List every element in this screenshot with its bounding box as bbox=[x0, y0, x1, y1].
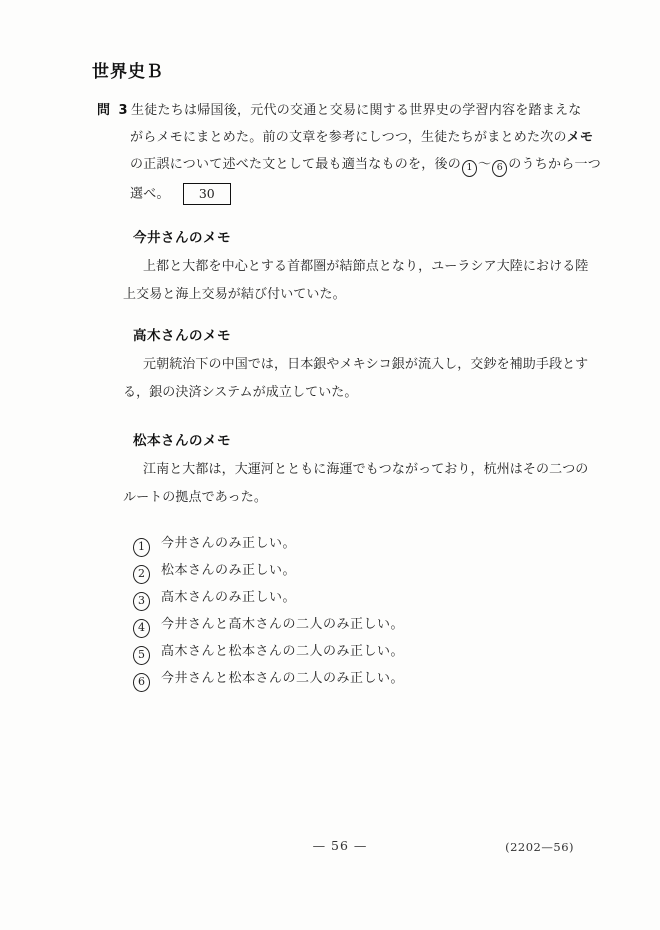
memo-section-imai: 今井さんのメモ 上都と大都を中心とする首都圏が結節点となり，ユーラシア大陸におけ… bbox=[123, 230, 593, 313]
exam-page: 世界史Ｂ 問 3生徒たちは帰国後，元代の交通と交易に関する世界史の学習内容を踏ま… bbox=[0, 0, 660, 930]
memo-body-line: 元朝統治下の中国では，日本銀やメキシコ銀が流入し，交鈔を補助手段とす bbox=[123, 356, 593, 373]
question-line-1: 問 3生徒たちは帰国後，元代の交通と交易に関する世界史の学習内容を踏まえな bbox=[97, 102, 582, 119]
memo-body-line: 上都と大都を中心とする首都圏が結節点となり，ユーラシア大陸における陸 bbox=[123, 258, 593, 275]
question-text: のうちから一つ bbox=[508, 157, 601, 172]
memo-body-line: 上交易と海上交易が結び付いていた。 bbox=[123, 286, 593, 303]
memo-section-takagi: 高木さんのメモ 元朝統治下の中国では，日本銀やメキシコ銀が流入し，交鈔を補助手段… bbox=[123, 328, 593, 411]
option-label: 高木さんのみ正しい。 bbox=[161, 590, 296, 605]
option-number-icon: 2 bbox=[133, 565, 150, 584]
option-number-icon: 6 bbox=[133, 673, 150, 692]
option-number-icon: 1 bbox=[133, 538, 150, 557]
question-text: がらメモにまとめた。前の文章を参考にしつつ，生徒たちがまとめた次の bbox=[130, 130, 567, 145]
question-line-3: の正誤について述べた文として最も適当なものを，後の1～6のうちから一つ bbox=[130, 156, 601, 177]
option-row-4: 4今井さんと高木さんの二人のみ正しい。 bbox=[133, 616, 404, 638]
question-text: 選べ。 bbox=[130, 187, 170, 202]
memo-title: 高木さんのメモ bbox=[133, 328, 593, 345]
option-label: 高木さんと松本さんの二人のみ正しい。 bbox=[161, 644, 404, 659]
option-label: 今井さんと高木さんの二人のみ正しい。 bbox=[161, 617, 404, 632]
option-row-6: 6今井さんと松本さんの二人のみ正しい。 bbox=[133, 670, 404, 692]
memo-section-matsumoto: 松本さんのメモ 江南と大都は，大運河とともに海運でもつながっており，杭州はその二… bbox=[123, 433, 593, 516]
option-number-icon: 3 bbox=[133, 592, 150, 611]
option-label: 今井さんのみ正しい。 bbox=[161, 536, 296, 551]
option-row-5: 5高木さんと松本さんの二人のみ正しい。 bbox=[133, 643, 404, 665]
question-line-2: がらメモにまとめた。前の文章を参考にしつつ，生徒たちがまとめた次のメモ bbox=[130, 129, 593, 146]
memo-title: 松本さんのメモ bbox=[133, 433, 593, 450]
page-title: 世界史Ｂ bbox=[92, 57, 164, 82]
option-number-icon: 4 bbox=[133, 619, 150, 638]
circled-number-1-icon: 1 bbox=[462, 160, 477, 177]
memo-body-line: ルートの拠点であった。 bbox=[123, 489, 593, 506]
option-row-1: 1今井さんのみ正しい。 bbox=[133, 535, 296, 557]
option-row-2: 2松本さんのみ正しい。 bbox=[133, 562, 296, 584]
circled-number-6-icon: 6 bbox=[492, 160, 507, 177]
option-number-icon: 5 bbox=[133, 646, 150, 665]
emphasized-word: メモ bbox=[567, 130, 594, 145]
memo-body-line: る，銀の決済システムが成立していた。 bbox=[123, 384, 593, 401]
question-line-4: 選べ。30 bbox=[130, 183, 231, 205]
memo-title: 今井さんのメモ bbox=[133, 230, 593, 247]
question-text: の正誤について述べた文として最も適当なものを，後の bbox=[130, 157, 461, 172]
memo-body-line: 江南と大都は，大運河とともに海運でもつながっており，杭州はその二つの bbox=[123, 461, 593, 478]
question-text: 生徒たちは帰国後，元代の交通と交易に関する世界史の学習内容を踏まえな bbox=[131, 103, 582, 118]
option-row-3: 3高木さんのみ正しい。 bbox=[133, 589, 296, 611]
option-label: 松本さんのみ正しい。 bbox=[161, 563, 296, 578]
document-code: (2202—56) bbox=[505, 840, 574, 854]
answer-number-box: 30 bbox=[183, 183, 231, 205]
range-tilde: ～ bbox=[478, 157, 491, 172]
question-label: 問 3 bbox=[97, 102, 131, 119]
page-number: — 56 — bbox=[313, 838, 368, 853]
option-label: 今井さんと松本さんの二人のみ正しい。 bbox=[161, 671, 404, 686]
